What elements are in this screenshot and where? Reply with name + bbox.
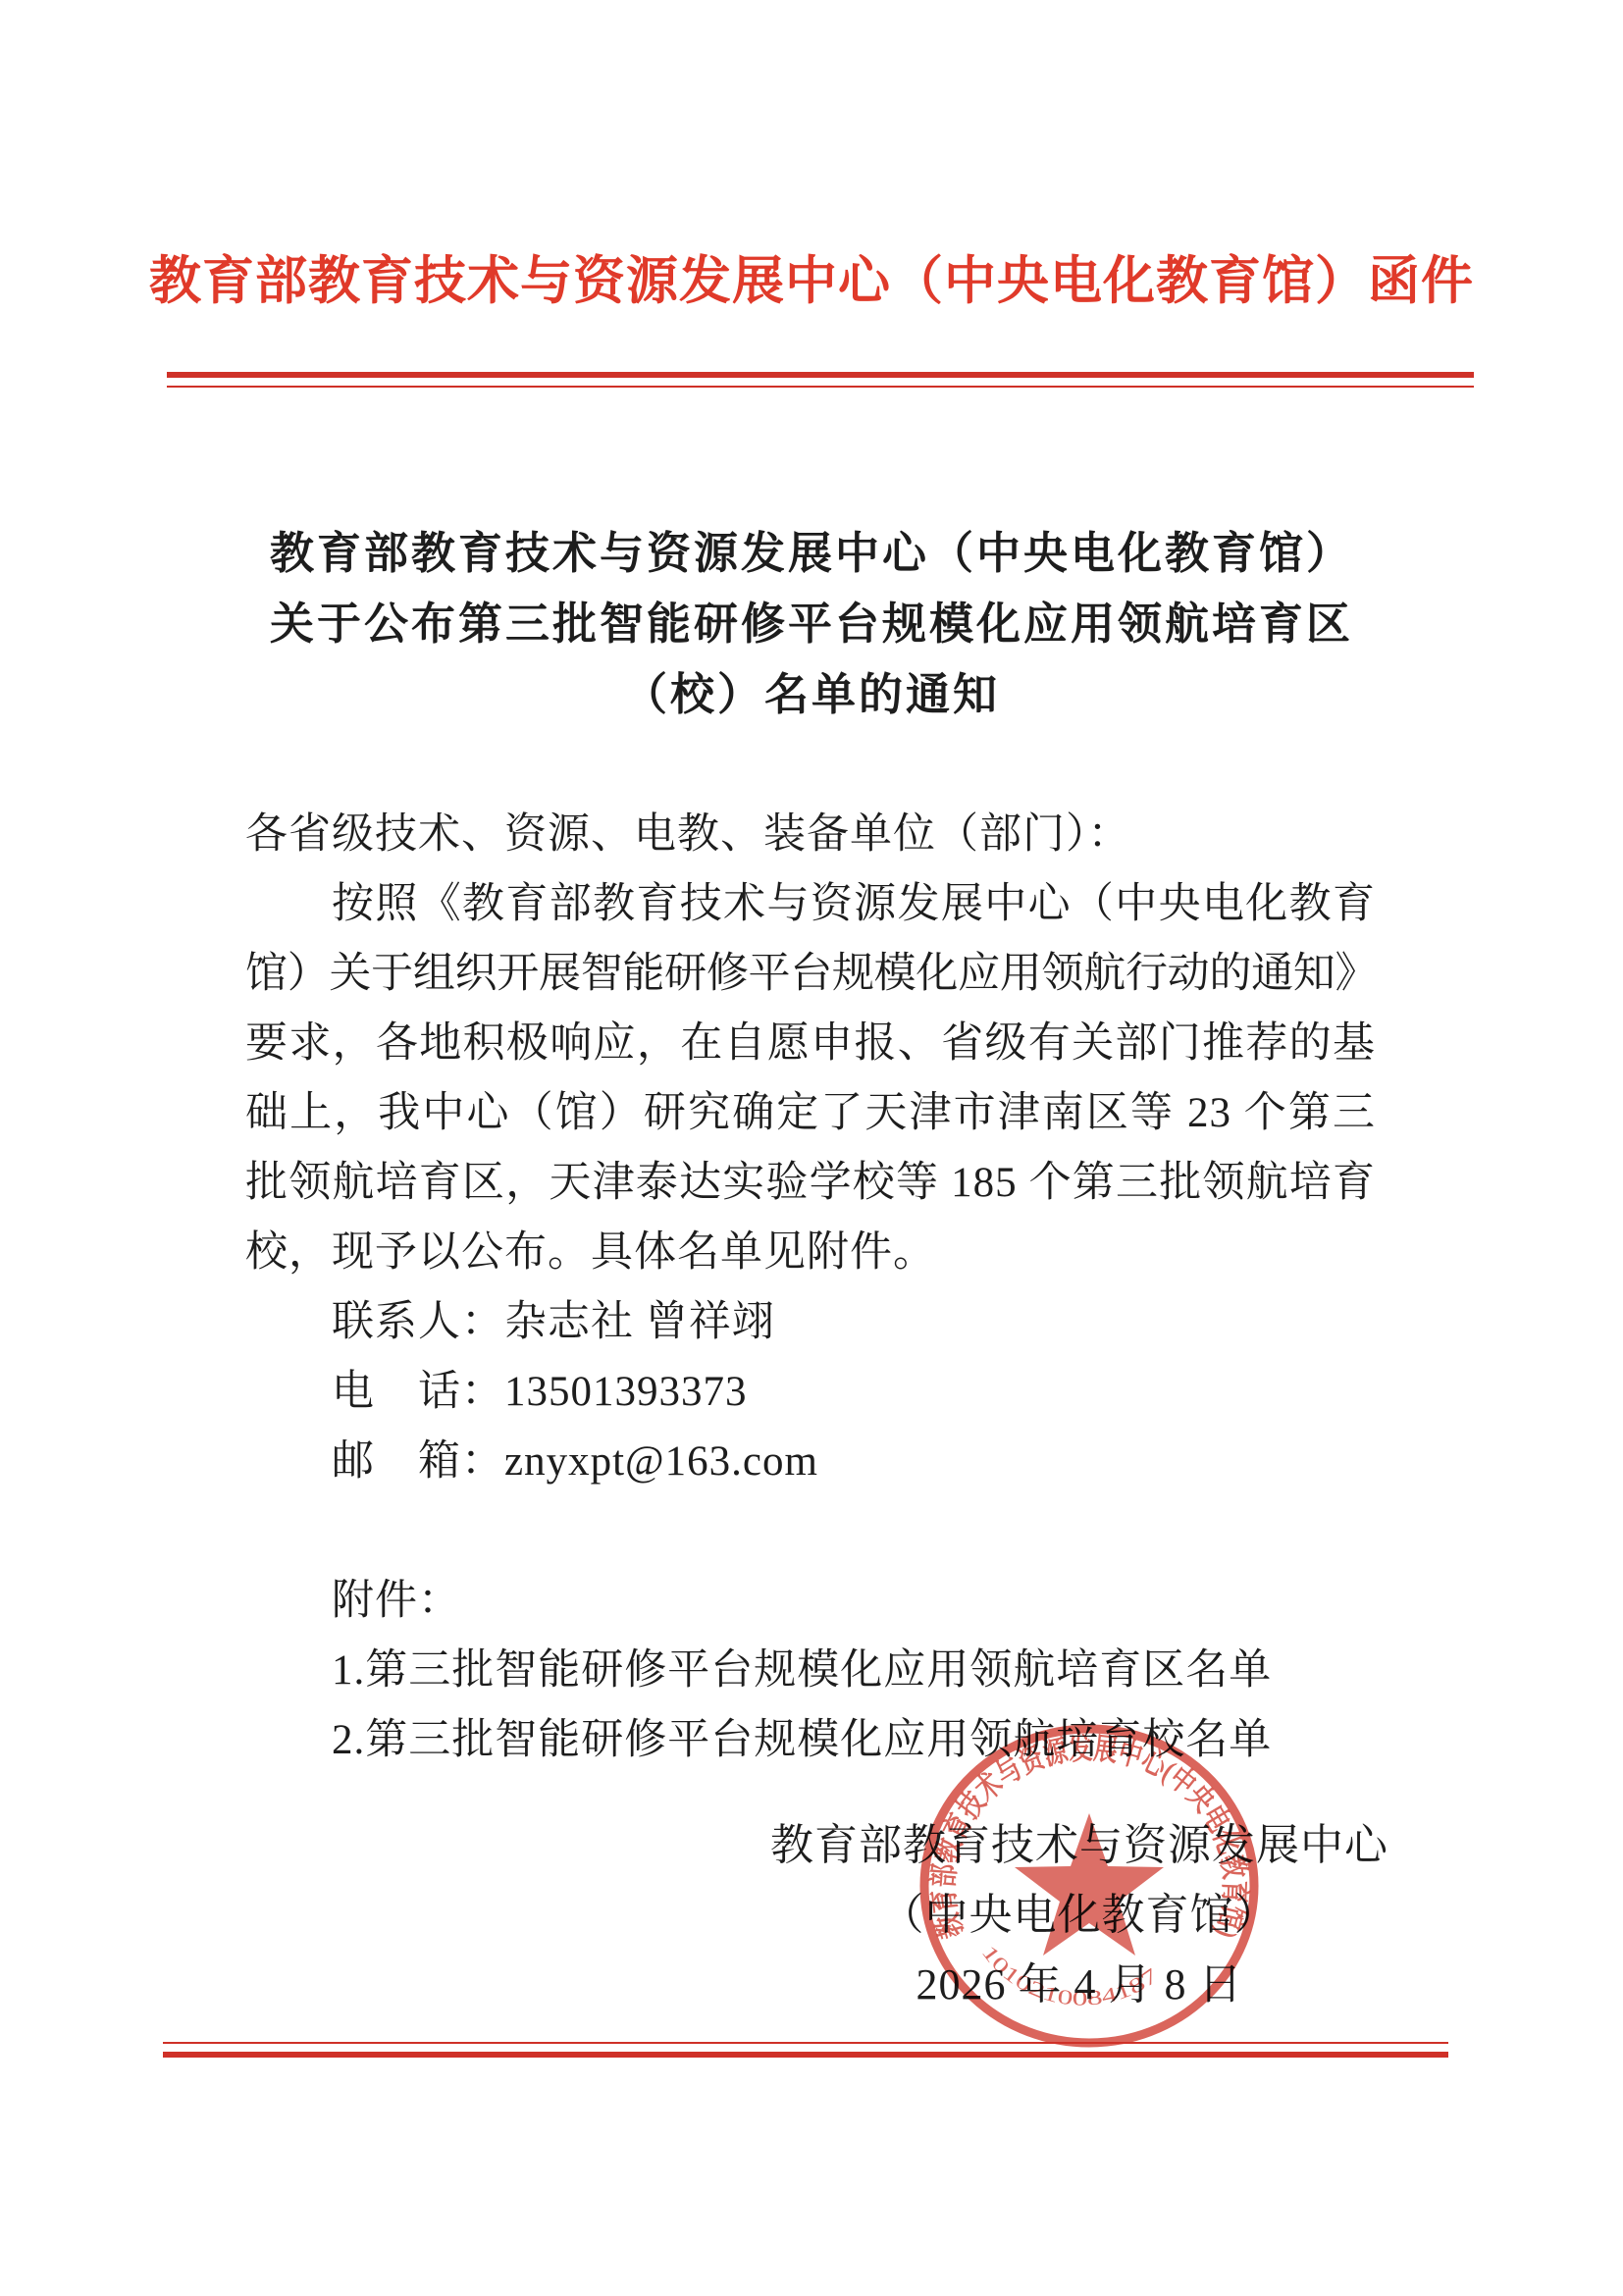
document-title-line-1: 教育部教育技术与资源发展中心（中央电化教育馆） bbox=[226, 518, 1397, 589]
body-line-4: 础上，我中心（馆）研究确定了天津市津南区等 23 个第三 bbox=[245, 1078, 1376, 1148]
masthead-title: 教育部教育技术与资源发展中心（中央电化教育馆）函件 bbox=[79, 239, 1544, 314]
body-line-5: 批领航培育区，天津泰达实验学校等 185 个第三批领航培育 bbox=[245, 1148, 1376, 1218]
top-rule-thick bbox=[167, 372, 1474, 378]
top-rule-thin bbox=[167, 386, 1474, 388]
attachment-item-1: 1.第三批智能研修平台规模化应用领航培育区名单 bbox=[332, 1636, 1411, 1705]
salutation-line: 各省级技术、资源、电教、装备单位（部门）： bbox=[245, 800, 1376, 869]
bottom-rule-thick bbox=[163, 2052, 1448, 2058]
contact-email-line: 邮 箱：znyxpt@163.com bbox=[245, 1427, 1376, 1496]
body-line-3: 要求，各地积极响应，在自愿申报、省级有关部门推荐的基 bbox=[245, 1009, 1376, 1078]
body-line-6: 校，现予以公布。具体名单见附件。 bbox=[245, 1218, 1376, 1287]
document-title: 教育部教育技术与资源发展中心（中央电化教育馆） 关于公布第三批智能研修平台规模化… bbox=[226, 518, 1397, 730]
attachments-block: 附件： 1.第三批智能研修平台规模化应用领航培育区名单 2.第三批智能研修平台规… bbox=[332, 1566, 1411, 1775]
attachments-heading: 附件： bbox=[332, 1566, 1411, 1636]
signature-date: 2026 年 4 月 8 日 bbox=[741, 1950, 1418, 2019]
document-title-line-2: 关于公布第三批智能研修平台规模化应用领航培育区 bbox=[226, 589, 1397, 659]
contact-person-line: 联系人：杂志社 曾祥翊 bbox=[245, 1287, 1376, 1357]
body-line-1: 按照《教育部教育技术与资源发展中心（中央电化教育 bbox=[245, 869, 1376, 939]
document-page: 教育部教育技术与资源发展中心（中央电化教育馆）函件 教育部教育技术与资源发展中心… bbox=[0, 0, 1623, 2296]
document-title-line-3: （校）名单的通知 bbox=[226, 659, 1397, 730]
signature-org-subline: （中央电化教育馆） bbox=[741, 1880, 1418, 1950]
signature-block: 教育部教育技术与资源发展中心 （中央电化教育馆） 2026 年 4 月 8 日 bbox=[741, 1810, 1418, 2019]
signature-org-line: 教育部教育技术与资源发展中心 bbox=[741, 1810, 1418, 1880]
attachment-item-2: 2.第三批智能研修平台规模化应用领航培育校名单 bbox=[332, 1705, 1411, 1775]
contact-phone-line: 电 话：13501393373 bbox=[245, 1357, 1376, 1427]
body-line-2: 馆）关于组织开展智能研修平台规模化应用领航行动的通知》 bbox=[245, 939, 1376, 1009]
letter-body: 各省级技术、资源、电教、装备单位（部门）： 按照《教育部教育技术与资源发展中心（… bbox=[245, 800, 1376, 1496]
bottom-rule-thin bbox=[163, 2042, 1448, 2044]
